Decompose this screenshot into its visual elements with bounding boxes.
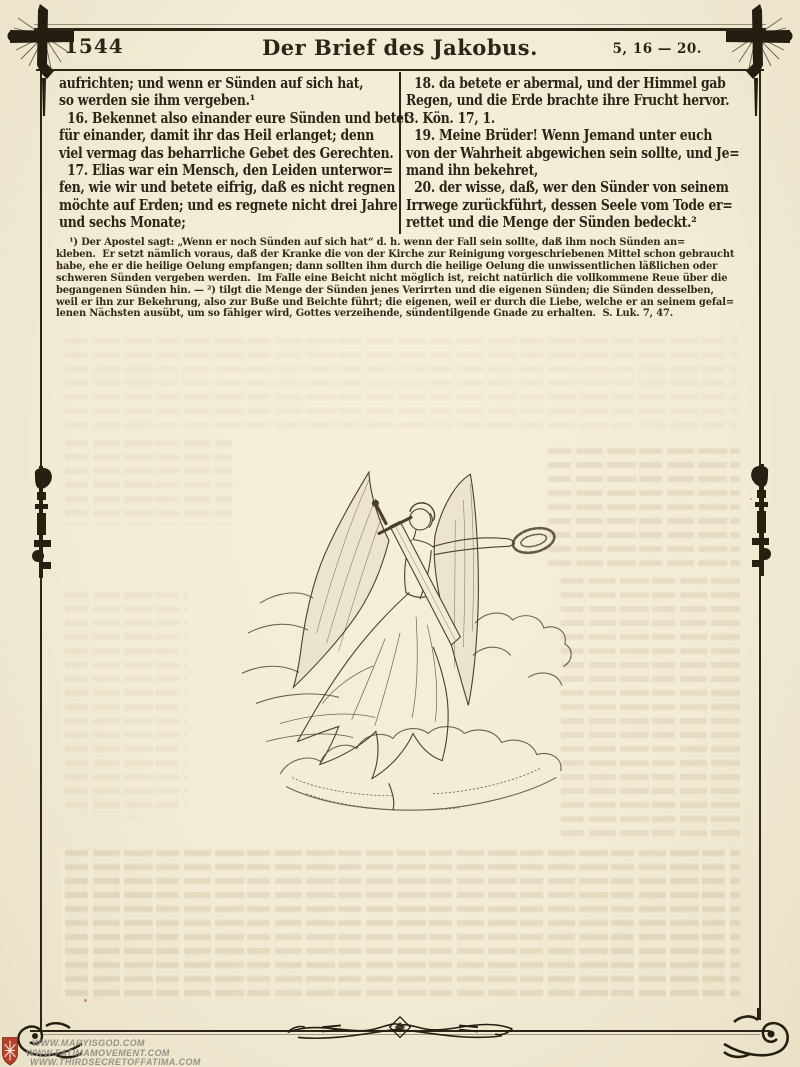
bottom-center-flourish-ornament xyxy=(283,1010,517,1046)
ink-speck xyxy=(84,999,87,1002)
right-side-key-ornament xyxy=(747,464,775,578)
bleed-through-texture xyxy=(545,448,740,566)
verse-range: 5, 16 — 20. xyxy=(613,41,702,57)
top-left-cross-ornament xyxy=(4,2,76,120)
column-divider-rule xyxy=(399,72,401,234)
watermark-shield-logo xyxy=(1,1036,19,1066)
bleed-through-texture xyxy=(558,578,743,843)
footnote-text: ¹) Der Apostel sagt: „Wenn er noch Sünde… xyxy=(56,237,751,320)
left-side-key-ornament xyxy=(28,466,56,580)
watermark-line-1: WWW.MARYISGOD.COM xyxy=(32,1038,145,1048)
bleed-through-texture xyxy=(62,592,187,817)
bleed-through-texture xyxy=(62,440,232,525)
top-rule-thin xyxy=(34,24,766,25)
header-rule xyxy=(36,69,764,71)
verse-column-left: aufrichten; und wenn er Sünden auf sich … xyxy=(59,75,394,232)
scanned-bible-page: 1544 Der Brief des Jakobus. 5, 16 — 20. … xyxy=(0,0,800,1067)
bleed-through-texture xyxy=(62,338,738,430)
bleed-through-texture xyxy=(62,850,740,1000)
angel-with-sword-and-wreath-engraving xyxy=(222,440,574,842)
watermark-line-3: WWW.THIRDSECRETOFFATIMA.COM xyxy=(30,1057,201,1067)
bottom-right-scroll-ornament xyxy=(722,1006,794,1060)
ink-speck xyxy=(750,498,752,500)
verse-column-right: 18. da betete er abermal, und der Himmel… xyxy=(406,75,741,232)
ink-speck xyxy=(57,267,60,270)
top-rule xyxy=(34,28,766,31)
top-right-cross-ornament xyxy=(724,2,796,120)
